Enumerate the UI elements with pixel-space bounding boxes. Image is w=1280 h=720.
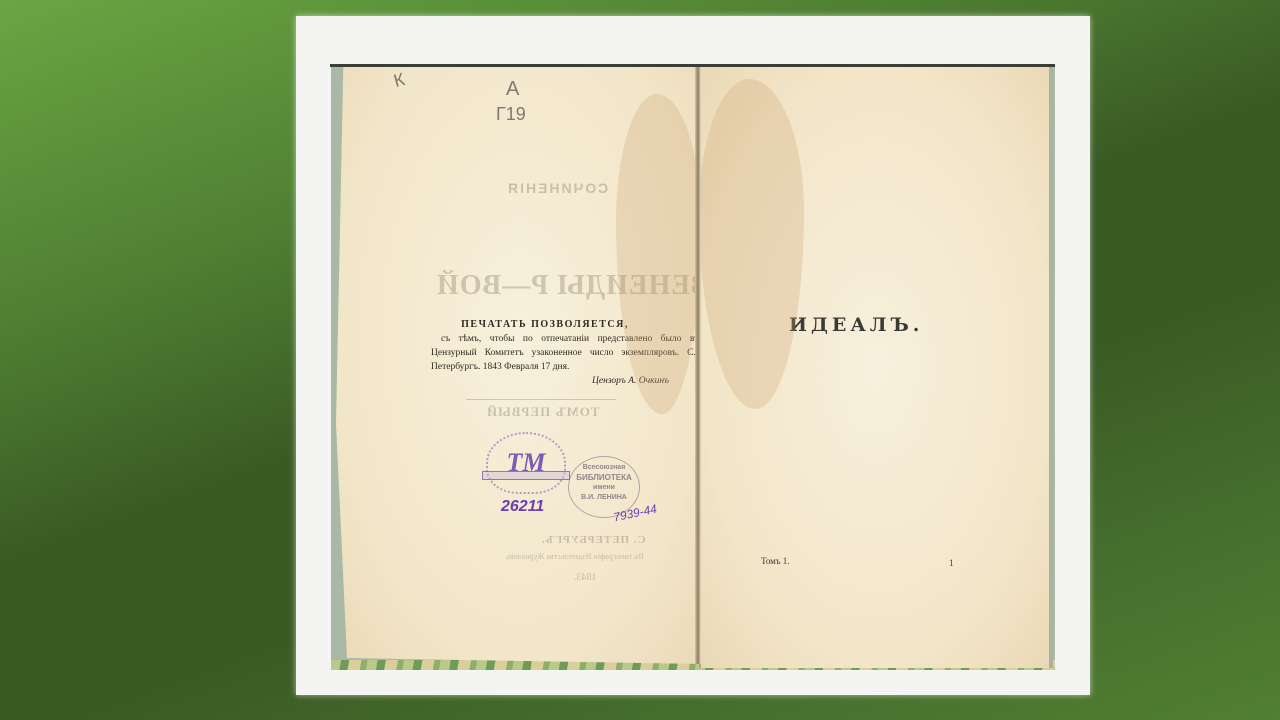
show-through-rule <box>466 399 616 400</box>
stamp-ribbon <box>482 471 570 480</box>
binding-top-edge <box>330 64 1055 67</box>
show-through-line-4: С. ПЕТЕРБУРГЪ. <box>541 534 646 546</box>
signature-mark: 1 <box>949 558 954 568</box>
pencil-shelf-letter: А <box>506 78 519 101</box>
book-scan-image: К А Г19 СОЧИНЕНІЯ ЗЕНЕИДЫ Р—ВОЙ ТОМЪ ПЕР… <box>331 64 1055 670</box>
library-stamp-line-3: имени <box>569 483 639 493</box>
show-through-line-6: 1843. <box>574 572 597 583</box>
page-edge <box>1049 64 1053 668</box>
volume-label: Томъ 1. <box>761 556 790 566</box>
pencil-shelf-code: Г19 <box>496 104 526 125</box>
pencil-mark-corner: К <box>391 69 407 92</box>
library-stamp-line-4: В.И. ЛЕНИНА <box>569 493 639 503</box>
show-through-line-1: СОЧИНЕНІЯ <box>506 180 608 196</box>
book-gutter <box>695 64 701 664</box>
book-title: ИДЕАЛЪ. <box>789 314 923 336</box>
show-through-line-5: Въ типографіи Издательства Журналовъ <box>506 552 644 561</box>
censor-signature: Цензоръ А. Очкинъ <box>431 374 669 388</box>
inventory-number: 26211 <box>501 498 544 516</box>
monogram-stamp: ТМ <box>486 432 566 494</box>
library-stamp-line-2: БИБЛИОТЕКА <box>569 473 639 483</box>
library-stamp-line-1: Всесоюзная <box>569 463 639 473</box>
show-through-line-3: ТОМЪ ПЕРВЫЙ <box>486 404 599 420</box>
